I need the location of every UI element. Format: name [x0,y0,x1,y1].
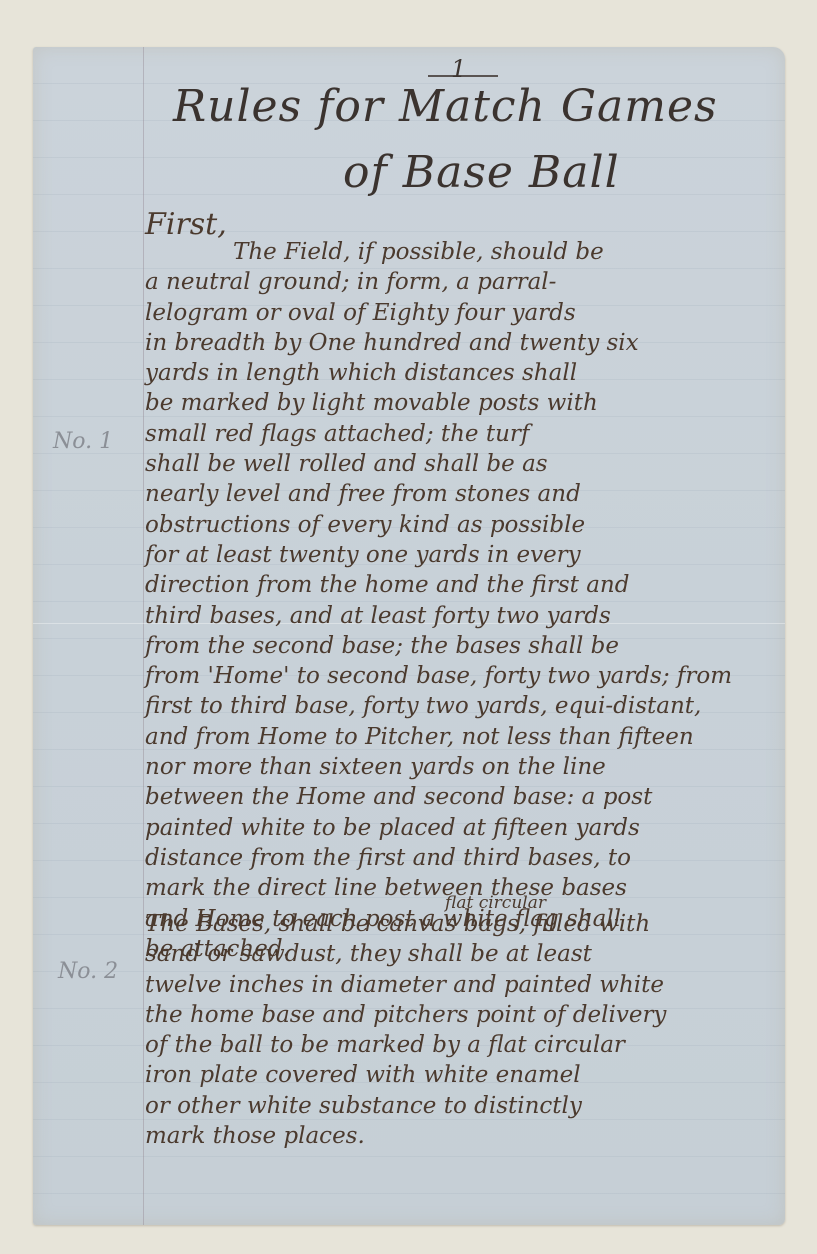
text-line: shall be well rolled and shall be as [145,449,775,479]
text-line: for at least twenty one yards in every [145,540,775,570]
text-line: third bases, and at least forty two yard… [145,601,775,631]
text-line: from the second base; the bases shall be [145,631,775,661]
text-line: of the ball to be marked by a flat circu… [145,1030,775,1060]
text-line: a neutral ground; in form, a parral- [145,267,775,297]
margin-note-no1: No. 1 [53,429,113,454]
text-line: in breadth by One hundred and twenty six [145,328,775,358]
manuscript-page: 1 Rules for Match Games of Base Ball Fir… [33,47,785,1225]
text-line: distance from the first and third bases,… [145,843,775,873]
text-line: the home base and pitchers point of deli… [145,1000,775,1030]
margin-note-no2: No. 2 [58,959,118,984]
text-line: between the Home and second base: a post [145,782,775,812]
text-line: small red flags attached; the turf [145,419,775,449]
document-title-line-1: Rules for Match Games [173,81,718,132]
text-line: lelogram or oval of Eighty four yards [145,298,775,328]
text-line: twelve inches in diameter and painted wh… [145,970,775,1000]
text-line: mark those places. [145,1121,775,1151]
text-line: yards in length which distances shall [145,358,775,388]
document-title-line-2: of Base Ball [343,147,620,198]
text-line: sand or sawdust, they shall be at least [145,939,775,969]
text-line: and from Home to Pitcher, not less than … [145,722,775,752]
text-line: from 'Home' to second base, forty two ya… [145,661,775,691]
rule-2-text: The Bases, shall be canvas bags, filled … [145,909,775,1151]
text-line: The Bases, shall be canvas bags, filled … [145,909,775,939]
text-line: or other white substance to distinctly [145,1091,775,1121]
rule-1-text: The Field, if possible, should be a neut… [145,237,775,964]
text-line: nor more than sixteen yards on the line [145,752,775,782]
text-line: The Field, if possible, should be [145,237,775,267]
text-line: painted white to be placed at fifteen ya… [145,813,775,843]
page-number: 1 [451,55,466,83]
text-line: be marked by light movable posts with [145,388,775,418]
page-number-underline [428,75,498,77]
text-line: nearly level and free from stones and [145,479,775,509]
text-line: iron plate covered with white enamel [145,1060,775,1090]
text-line: first to third base, forty two yards, eq… [145,691,775,721]
margin-rule [143,47,144,1225]
text-line: direction from the home and the first an… [145,570,775,600]
text-line: obstructions of every kind as possible [145,510,775,540]
